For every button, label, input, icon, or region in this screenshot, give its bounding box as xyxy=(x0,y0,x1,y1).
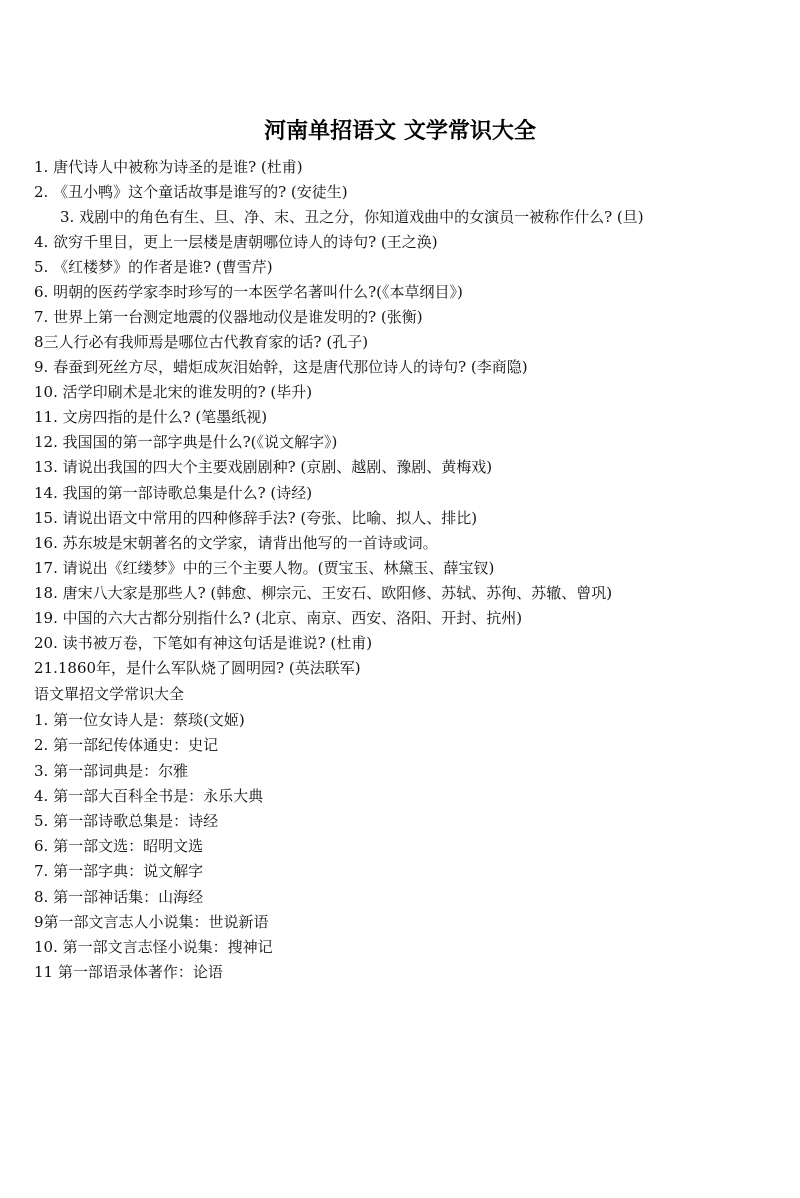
section-subtitle: 语文單招文学常识大全 xyxy=(34,684,184,704)
question-item: 13. 请说出我国的四大个主要戏剧剧种? (京剧、越剧、豫剧、黄梅戏) xyxy=(34,457,492,477)
list-item: 5. 第一部诗歌总集是：诗经 xyxy=(34,811,218,831)
question-item: 4. 欲穷千里目，更上一层楼是唐朝哪位诗人的诗句? (王之涣) xyxy=(34,232,438,252)
question-item: 7. 世界上第一台测定地震的仪器地动仪是谁发明的? (张衡) xyxy=(34,307,423,327)
list-item: 2. 第一部纪传体通史：史记 xyxy=(34,735,218,755)
question-item: 15. 请说出语文中常用的四种修辞手法? (夸张、比喻、拟人、排比) xyxy=(34,508,477,528)
question-item: 9. 春蚕到死丝方尽，蜡炬成灰泪始幹，这是唐代那位诗人的诗句? (李商隐) xyxy=(34,357,528,377)
list-item: 10. 第一部文言志怪小说集：搜神记 xyxy=(34,937,273,957)
question-item: 17. 请说出《红缕梦》中的三个主要人物。(贾宝玉、林黛玉、薛宝钗) xyxy=(34,558,494,578)
list-item: 11 第一部语录体著作：论语 xyxy=(34,962,223,982)
list-item: 6. 第一部文选：昭明文选 xyxy=(34,836,203,856)
list-item: 4. 第一部大百科全书是：永乐大典 xyxy=(34,786,263,806)
list-item: 3. 第一部词典是：尔雅 xyxy=(34,761,188,781)
question-item: 5. 《红楼梦》的作者是谁? (曹雪芹) xyxy=(34,257,273,277)
question-item: 8三人行必有我师焉是哪位古代教育家的话? (孔子) xyxy=(34,332,368,352)
question-item: 1. 唐代诗人中被称为诗圣的是谁? (杜甫) xyxy=(34,157,303,177)
question-item: 2. 《丑小鸭》这个童话故事是谁写的? (安徒生) xyxy=(34,182,348,202)
list-item: 1. 第一位女诗人是：蔡琰(文姬) xyxy=(34,710,245,730)
question-item: 16. 苏东坡是宋朝著名的文学家，请背出他写的一首诗或词。 xyxy=(34,533,438,553)
question-item: 3. 戏剧中的角色有生、旦、净、末、丑之分，你知道戏曲中的女演员一被称作什么? … xyxy=(60,207,644,227)
list-item: 8. 第一部神话集：山海经 xyxy=(34,887,203,907)
question-item: 6. 明朝的医药学家李时珍写的一本医学名著叫什么?(《本草纲目》) xyxy=(34,282,463,302)
question-item: 11. 文房四指的是什么? (笔墨纸视) xyxy=(34,407,267,427)
question-item: 18. 唐宋八大家是那些人? (韩愈、柳宗元、王安石、欧阳修、苏轼、苏徇、苏辙、… xyxy=(34,583,612,603)
question-item: 10. 活学印刷术是北宋的谁发明的? (毕升) xyxy=(34,382,312,402)
question-item: 12. 我国国的第一部字典是什么?(《说文解字》) xyxy=(34,432,337,452)
question-item: 21.1860年，是什么军队烧了圆明园? (英法联军) xyxy=(34,658,361,678)
question-item: 14. 我国的第一部诗歌总集是什么? (诗经) xyxy=(34,483,312,503)
page-title: 河南单招语文 文学常识大全 xyxy=(0,114,800,145)
list-item: 7. 第一部字典：说文解字 xyxy=(34,861,203,881)
question-item: 20. 读书被万卷，下笔如有神这句话是谁说? (杜甫) xyxy=(34,633,372,653)
question-item: 19. 中国的六大古都分别指什么? (北京、南京、西安、洛阳、开封、抗州) xyxy=(34,608,522,628)
list-item: 9第一部文言志人小说集：世说新语 xyxy=(34,912,269,932)
